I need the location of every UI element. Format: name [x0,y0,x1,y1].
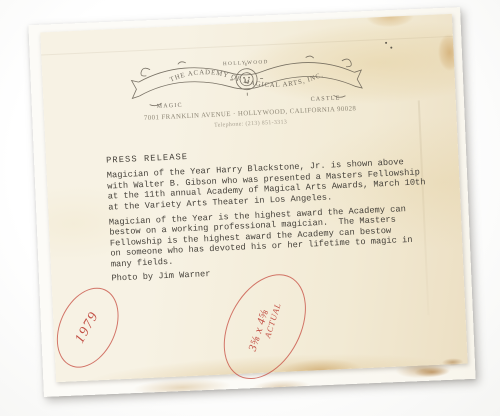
photo-background: THE ACADEMY OF MAGICAL ARTS, INC. HOLLYW… [0,0,500,416]
typed-text-block: PRESS RELEASE Magician of the Year Harry… [106,141,430,284]
handwritten-year-mark: 1979 [58,284,118,370]
crest-magic-text: MAGIC [157,103,183,110]
handwritten-size-mark: 3⅝ x 4⅝ ACTUAL [226,269,303,384]
ink-speck [385,42,387,44]
letterhead: THE ACADEMY OF MAGICAL ARTS, INC. HOLLYW… [128,50,366,115]
academy-crest-icon: THE ACADEMY OF MAGICAL ARTS, INC. HOLLYW… [128,50,366,115]
crest-castle-text: CASTLE [311,95,341,102]
paragraph-1: Magician of the Year Harry Blackstone, J… [107,157,427,213]
press-release-sheet: THE ACADEMY OF MAGICAL ARTS, INC. HOLLYW… [40,14,467,382]
crest-hollywood-text: HOLLYWOOD [223,59,269,67]
paragraph-2: Magician of the Year is the highest awar… [109,203,429,269]
ink-speck [390,47,392,49]
